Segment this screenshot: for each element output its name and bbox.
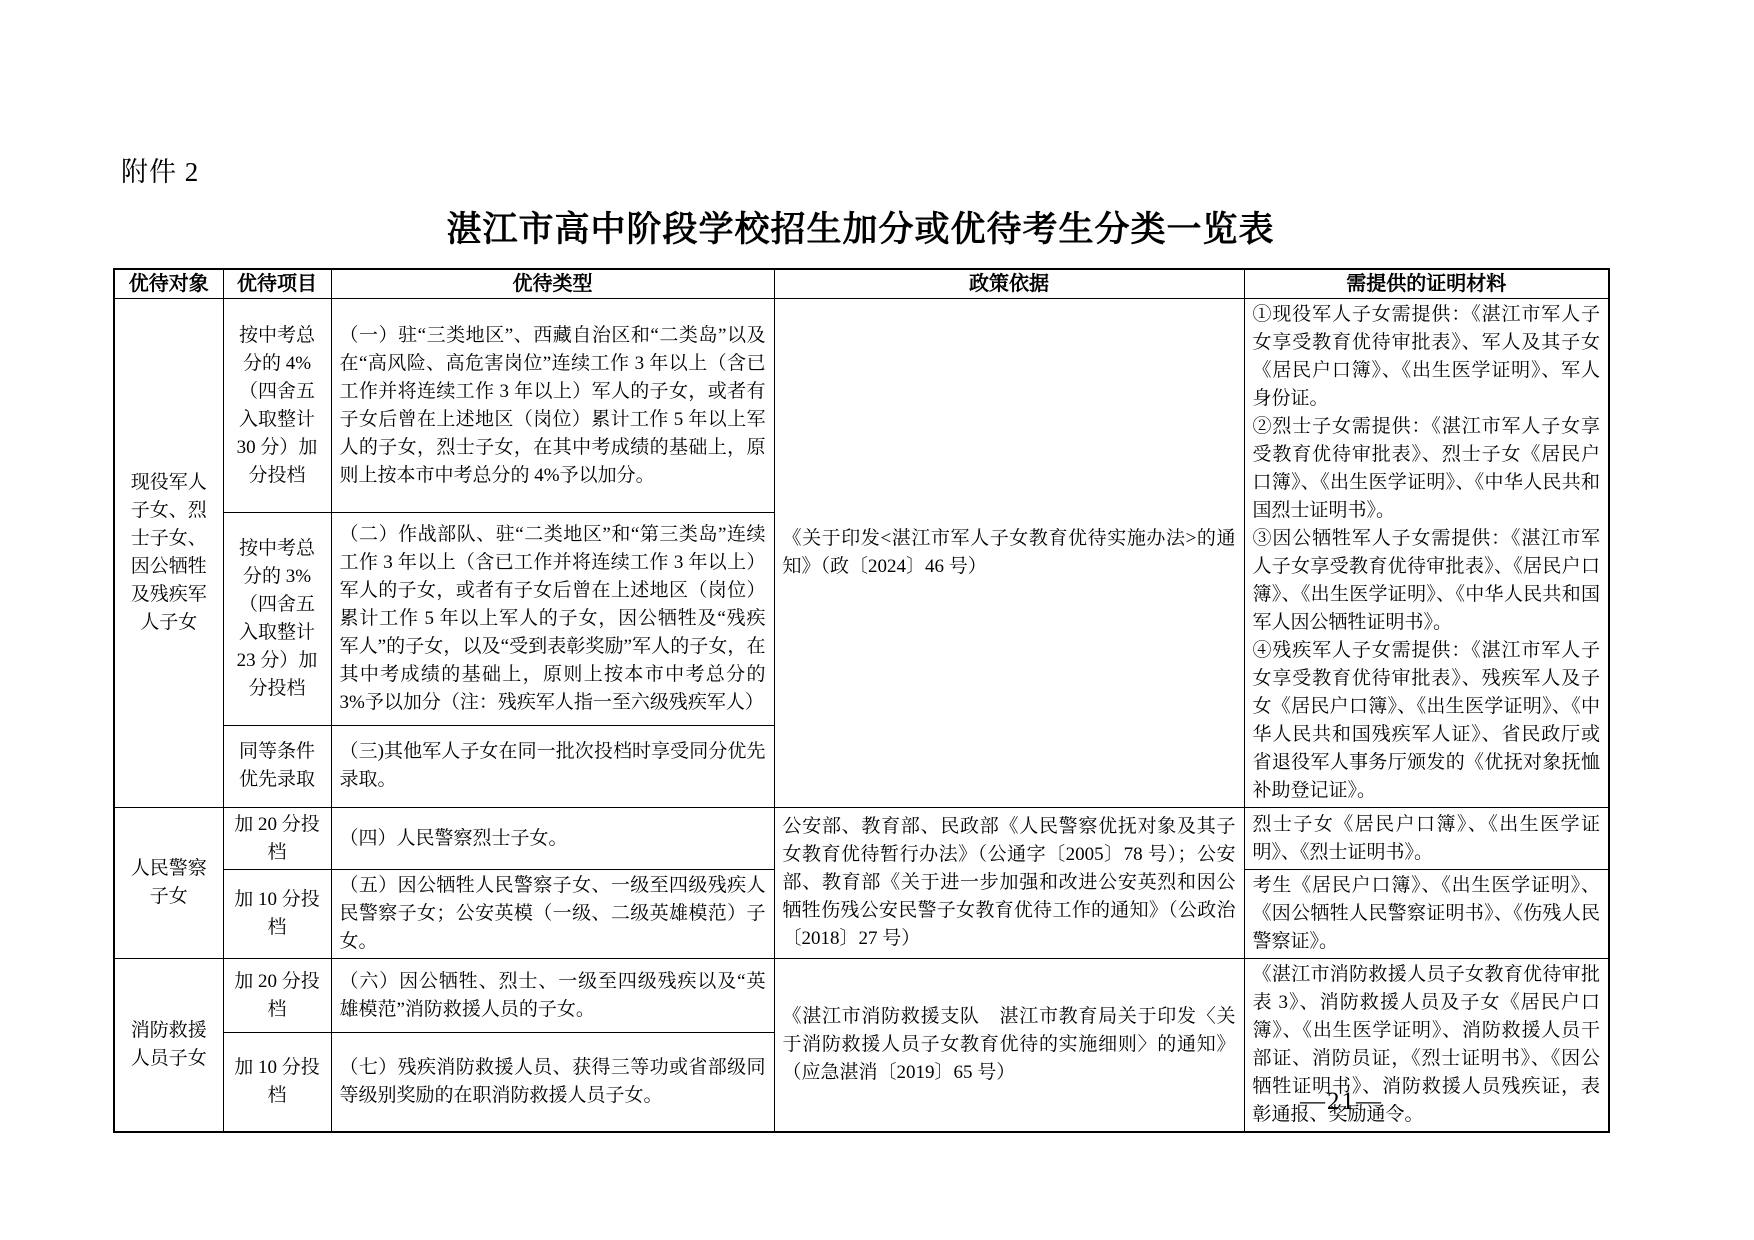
item-cell: 加 20 分投档	[223, 808, 331, 870]
policy-cell-police: 公安部、教育部、民政部《人民警察优抚对象及其子女教育优待暂行办法》（公通字〔20…	[774, 808, 1244, 959]
header-target: 优待对象	[114, 269, 223, 299]
item-cell: 加 20 分投档	[223, 959, 331, 1033]
item-cell: 加 10 分投档	[223, 870, 331, 959]
document-page: 附件 2 湛江市高中阶段学校招生加分或优待考生分类一览表 优待对象 优待项目 优…	[0, 0, 1754, 1240]
item-cell: 同等条件优先录取	[223, 725, 331, 807]
table-row: 消防救援人员子女 加 20 分投档 （六）因公牺牲、烈士、一级至四级残疾以及“英…	[114, 959, 1609, 1033]
header-policy: 政策依据	[774, 269, 1244, 299]
target-cell-military: 现役军人子女、烈士子女、因公牺牲及残疾军人子女	[114, 299, 223, 808]
item-cell: 加 10 分投档	[223, 1033, 331, 1132]
type-cell: （二）作战部队、驻“二类地区”和“第三类岛”连续工作 3 年以上（含已工作并将连…	[331, 513, 774, 725]
materials-cell-fire-rescue: 《湛江市消防救援人员子女教育优待审批表 3》、消防救援人员及子女《居民户口簿》、…	[1244, 959, 1609, 1133]
type-cell: （四）人民警察烈士子女。	[331, 808, 774, 870]
type-cell: （一）驻“三类地区”、西藏自治区和“二类岛”以及在“高风险、高危害岗位”连续工作…	[331, 299, 774, 513]
target-cell-police: 人民警察子女	[114, 808, 223, 959]
type-cell: （六）因公牺牲、烈士、一级至四级残疾以及“英雄模范”消防救援人员的子女。	[331, 959, 774, 1033]
policy-cell-military: 《关于印发<湛江市军人子女教育优待实施办法>的通知》（政〔2024〕46 号）	[774, 299, 1244, 808]
item-cell: 按中考总分的 4%（四舍五入取整计 30 分）加分投档	[223, 299, 331, 513]
materials-cell-military: ①现役军人子女需提供：《湛江市军人子女享受教育优待审批表》、军人及其子女《居民户…	[1244, 299, 1609, 808]
type-cell: （三)其他军人子女在同一批次投档时享受同分优先录取。	[331, 725, 774, 807]
item-cell: 按中考总分的 3%（四舍五入取整计 23 分）加分投档	[223, 513, 331, 725]
policy-cell-fire-rescue: 《湛江市消防救援支队 湛江市教育局关于印发〈关于消防救援人员子女教育优待的实施细…	[774, 959, 1244, 1133]
table-row: 人民警察子女 加 20 分投档 （四）人民警察烈士子女。 公安部、教育部、民政部…	[114, 808, 1609, 870]
target-cell-fire-rescue: 消防救援人员子女	[114, 959, 223, 1133]
header-materials: 需提供的证明材料	[1244, 269, 1609, 299]
attachment-label: 附件 2	[121, 150, 199, 189]
header-type: 优待类型	[331, 269, 774, 299]
materials-cell: 烈士子女《居民户口簿》、《出生医学证明》、《烈士证明书》。	[1244, 808, 1609, 870]
materials-cell: 考生《居民户口簿》、《出生医学证明》、《因公牺牲人民警察证明书》、《伤残人民警察…	[1244, 870, 1609, 959]
header-item: 优待项目	[223, 269, 331, 299]
type-cell: （七）残疾消防救援人员、获得三等功或省部级同等级别奖励的在职消防救援人员子女。	[331, 1033, 774, 1132]
preferential-policy-table: 优待对象 优待项目 优待类型 政策依据 需提供的证明材料 现役军人子女、烈士子女…	[113, 268, 1610, 1133]
page-number: —21—	[1300, 1088, 1383, 1116]
page-title: 湛江市高中阶段学校招生加分或优待考生分类一览表	[113, 202, 1608, 252]
table-row: 现役军人子女、烈士子女、因公牺牲及残疾军人子女 按中考总分的 4%（四舍五入取整…	[114, 299, 1609, 513]
header-row: 优待对象 优待项目 优待类型 政策依据 需提供的证明材料	[114, 269, 1609, 299]
type-cell: （五）因公牺牲人民警察子女、一级至四级残疾人民警察子女；公安英模（一级、二级英雄…	[331, 870, 774, 959]
